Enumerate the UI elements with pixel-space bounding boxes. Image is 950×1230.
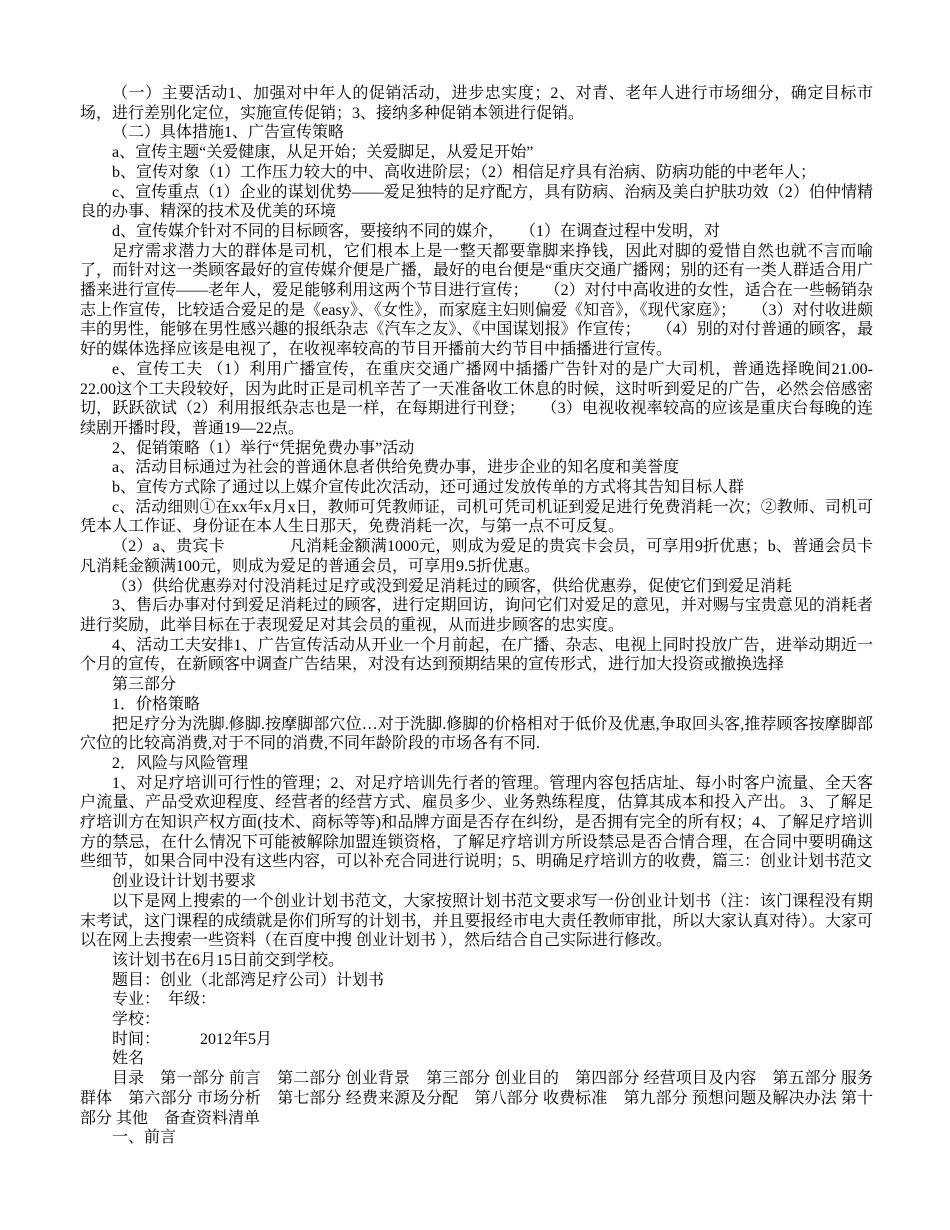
paragraph: 3、售后办事对付到爱足消耗过的顾客，进行定期回访，询问它们对爱足的意见，并对赐与… (80, 596, 873, 635)
paragraph: 创业设计计划书要求 (80, 872, 873, 892)
paragraph: 2、促销策略（1）举行“凭据免费办事”活动 (80, 439, 873, 459)
paragraph: 足疗需求潜力大的群体是司机，它们根本上是一整天都要靠脚来挣钱，因此对脚的爱惜自然… (80, 242, 873, 360)
paragraph: 第三部分 (80, 675, 873, 695)
paragraph: d、宣传媒介针对不同的目标顾客，要接纳不同的媒介， （1）在调查过程中发明，对 (80, 222, 873, 242)
paragraph: 把足疗分为洗脚.修脚.按摩脚部穴位…对于洗脚.修脚的价格相对于低价及优惠,争取回… (80, 715, 873, 754)
paragraph: 时间： 2012年5月 (80, 1030, 873, 1050)
paragraph: 2．风险与风险管理 (80, 754, 873, 774)
paragraph: a、宣传主题“关爱健康，从足开始；关爱脚足，从爱足开始” (80, 143, 873, 163)
paragraph: 一、前言 (80, 1128, 873, 1148)
paragraph: （二）具体措施1、广告宣传策略 (80, 123, 873, 143)
paragraph: 该计划书在6月15日前交到学校。 (80, 951, 873, 971)
paragraph: a、活动目标通过为社会的普通休息者供给免费办事，进步企业的知名度和美誉度 (80, 458, 873, 478)
paragraph: e、宣传工夫 （1）利用广播宣传，在重庆交通广播网中插播广告针对的是广大司机，普… (80, 360, 873, 439)
paragraph: c、宣传重点（1）企业的谋划优势——爱足独特的足疗配方，具有防病、治病及美白护肤… (80, 183, 873, 222)
paragraph: 学校： (80, 1010, 873, 1030)
paragraph: （2）a、贵宾卡 凡消耗金额满1000元，则成为爱足的贵宾卡会员，可享用9折优惠… (80, 537, 873, 576)
paragraph: 目录 第一部分 前言 第二部分 创业背景 第三部分 创业目的 第四部分 经营项目… (80, 1069, 873, 1128)
paragraph: （一）主要活动1、加强对中年人的促销活动，进步忠实度；2、对青、老年人进行市场细… (80, 84, 873, 123)
paragraph: （3）供给优惠券对付没消耗过足疗或没到爱足消耗过的顾客，供给优惠券，促使它们到爱… (80, 577, 873, 597)
paragraph: c、活动细则①在xx年x月x日，教师可凭教师证，司机可凭司机证到爱足进行免费消耗… (80, 498, 873, 537)
paragraph: 专业： 年级： (80, 990, 873, 1010)
paragraph: 4、活动工夫安排1、广告宣传活动从开业一个月前起，在广播、杂志、电视上同时投放广… (80, 636, 873, 675)
document-page: （一）主要活动1、加强对中年人的促销活动，进步忠实度；2、对青、老年人进行市场细… (0, 0, 950, 1230)
paragraph: 1．价格策略 (80, 695, 873, 715)
paragraph: b、宣传方式除了通过以上媒介宣传此次活动，还可通过发放传单的方式将其告知目标人群 (80, 478, 873, 498)
paragraph: 题目：创业（北部湾足疗公司）计划书 (80, 971, 873, 991)
paragraph: 姓名 (80, 1049, 873, 1069)
paragraph: 以下是网上搜索的一个创业计划书范文，大家按照计划书范文要求写一份创业计划书（注：… (80, 892, 873, 951)
document-body: （一）主要活动1、加强对中年人的促销活动，进步忠实度；2、对青、老年人进行市场细… (80, 84, 873, 1148)
paragraph: b、宣传对象（1）工作压力较大的中、高收进阶层；（2）相信足疗具有治病、防病功能… (80, 163, 873, 183)
paragraph: 1、对足疗培训可行性的管理；2、对足疗培训先行者的管理。管理内容包括店址、每小时… (80, 774, 873, 873)
